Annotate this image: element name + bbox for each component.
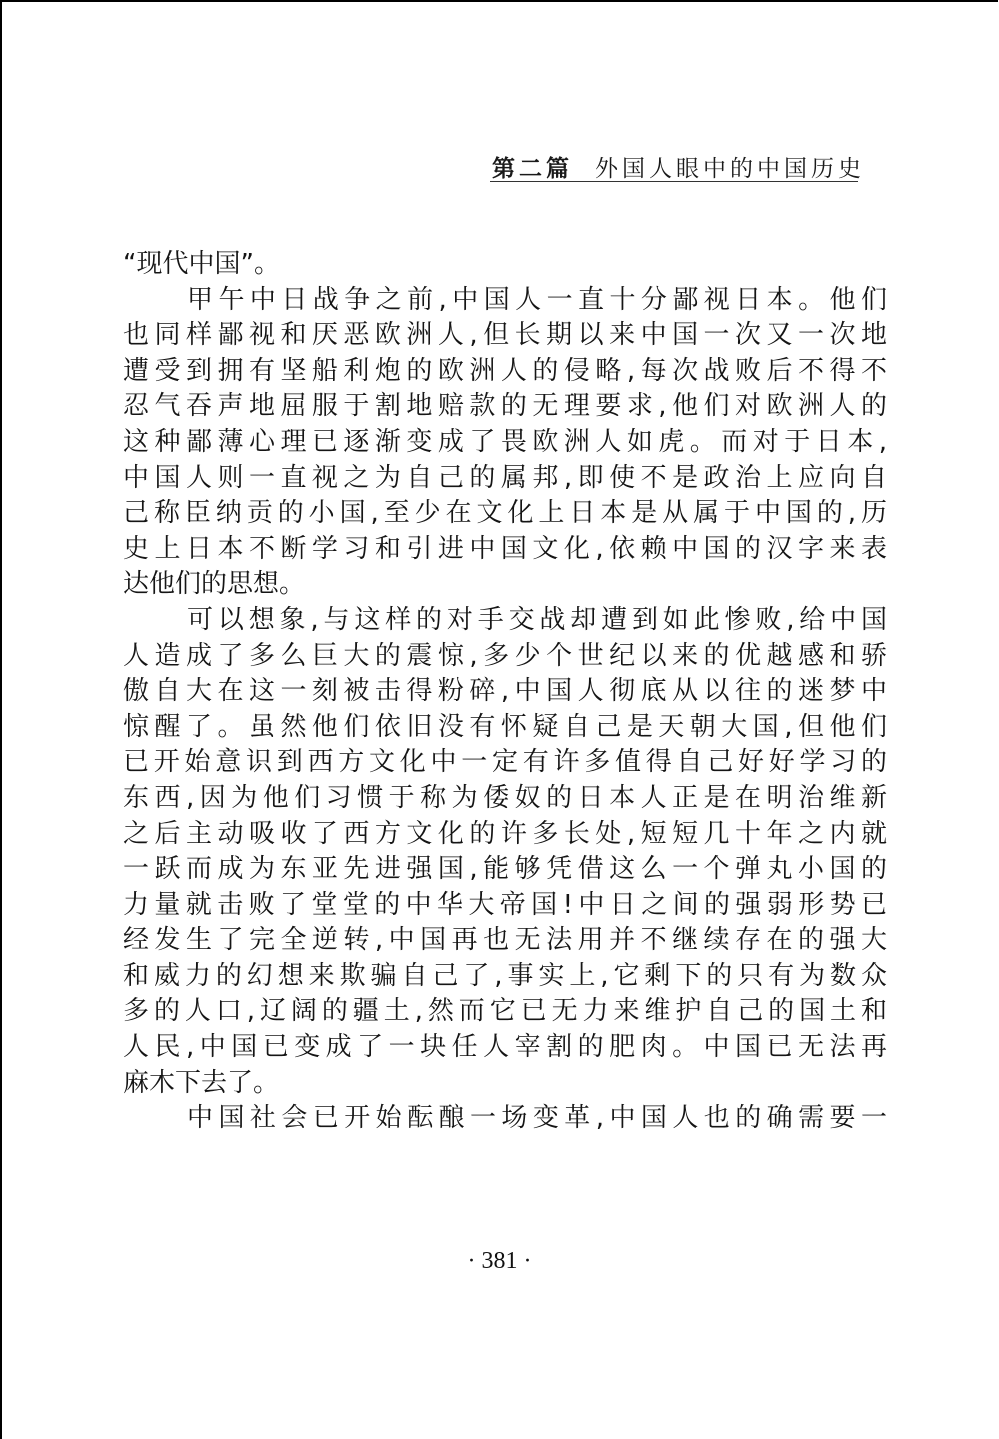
running-head-title: 外国人眼中的中国历史 xyxy=(595,156,865,182)
body-text: “现代中国”。甲午中日战争之前,中国人一直十分鄙视日本。他们也同样鄙视和厌恶欧洲… xyxy=(123,247,887,1137)
text-line: 人造成了多么巨大的震惊,多少个世纪以来的优越感和骄 xyxy=(123,639,887,675)
text-line: 这种鄙薄心理已逐渐变成了畏欧洲人如虎。而对于日本, xyxy=(123,425,887,461)
page-border-left xyxy=(0,0,2,1439)
text-line: 遭受到拥有坚船利炮的欧洲人的侵略,每次战败后不得不 xyxy=(123,354,887,390)
text-line: 麻木下去了。 xyxy=(123,1066,887,1102)
text-line: 己称臣纳贡的小国,至少在文化上日本是从属于中国的,历 xyxy=(123,496,887,532)
text-line: 东西,因为他们习惯于称为倭奴的日本人正是在明治维新 xyxy=(123,781,887,817)
text-line: 也同样鄙视和厌恶欧洲人,但长期以来中国一次又一次地 xyxy=(123,318,887,354)
text-line: 之后主动吸收了西方文化的许多长处,短短几十年之内就 xyxy=(123,817,887,853)
running-head-rule xyxy=(490,181,858,182)
text-line: 甲午中日战争之前,中国人一直十分鄙视日本。他们 xyxy=(123,283,887,319)
text-line: 傲自大在这一刻被击得粉碎,中国人彻底从以往的迷梦中 xyxy=(123,674,887,710)
page-border-top xyxy=(0,0,998,2)
text-line: 和威力的幻想来欺骗自己了,事实上,它剩下的只有为数众 xyxy=(123,959,887,995)
page-number: · 381 · xyxy=(0,1248,999,1275)
text-line: 中国人则一直视之为自己的属邦,即使不是政治上应向自 xyxy=(123,461,887,497)
running-head: 第二篇外国人眼中的中国历史 xyxy=(492,150,862,183)
text-line: 史上日本不断学习和引进中国文化,依赖中国的汉字来表 xyxy=(123,532,887,568)
text-line: 惊醒了。虽然他们依旧没有怀疑自己是天朝大国,但他们 xyxy=(123,710,887,746)
text-line: 多的人口,辽阔的疆土,然而它已无力来维护自己的国土和 xyxy=(123,994,887,1030)
text-line: 中国社会已开始酝酿一场变革,中国人也的确需要一 xyxy=(123,1101,887,1137)
text-line: 忍气吞声地屈服于割地赔款的无理要求,他们对欧洲人的 xyxy=(123,389,887,425)
text-line: 已开始意识到西方文化中一定有许多值得自己好好学习的 xyxy=(123,745,887,781)
text-line: 一跃而成为东亚先进强国,能够凭借这么一个弹丸小国的 xyxy=(123,852,887,888)
text-line: 人民,中国已变成了一块任人宰割的肥肉。中国已无法再 xyxy=(123,1030,887,1066)
text-line: “现代中国”。 xyxy=(123,247,887,283)
text-line: 达他们的思想。 xyxy=(123,567,887,603)
text-line: 力量就击败了堂堂的中华大帝国!中日之间的强弱形势已 xyxy=(123,888,887,924)
text-line: 可以想象,与这样的对手交战却遭到如此惨败,给中国 xyxy=(123,603,887,639)
running-head-part: 第二篇 xyxy=(492,156,573,182)
text-line: 经发生了完全逆转,中国再也无法用并不继续存在的强大 xyxy=(123,923,887,959)
